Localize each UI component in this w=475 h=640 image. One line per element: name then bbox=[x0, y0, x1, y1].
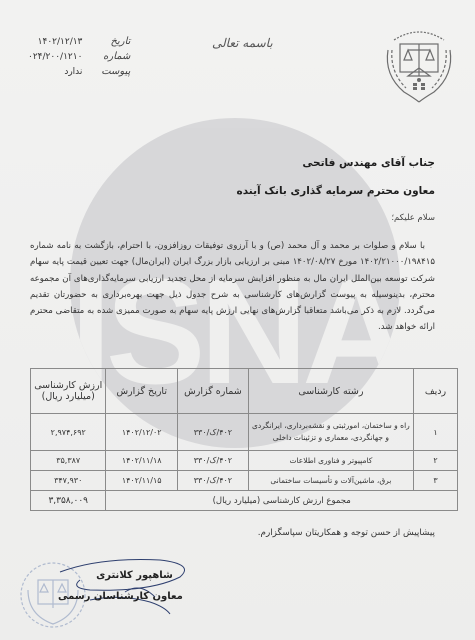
cell-report-date: ۱۴۰۲/۱۱/۱۵ bbox=[106, 471, 178, 491]
header-report-number: شماره گزارش bbox=[177, 369, 248, 414]
total-label: مجموع ارزش کارشناسی (میلیارد ریال) bbox=[106, 491, 458, 511]
cell-value: ۲,۹۷۴,۶۹۲ bbox=[31, 414, 106, 451]
meta-number-value: ۰۲۴/۲۰۰/۱۲۱۰ bbox=[28, 52, 82, 62]
header-index: ردیف bbox=[413, 369, 457, 414]
signer-name: شاهپور کلانتری bbox=[58, 570, 173, 581]
cell-value: ۳۴۷,۹۳۰ bbox=[31, 471, 106, 491]
cell-report-date: ۱۴۰۲/۱۲/۰۲ bbox=[106, 414, 178, 451]
table-row: ۲ کامپیوتر و فناوری اطلاعات ۴۰۲/ک/۳۳۰ ۱۴… bbox=[31, 451, 458, 471]
meta-attachment: پیوست ندارد bbox=[28, 64, 130, 79]
recipient-name: جناب آقای مهندس فاتحی bbox=[302, 157, 435, 169]
letter-page: ISNA باسمه تعالی تاریخ ۱۴۰۲/۱۲/ bbox=[0, 0, 475, 640]
table-total-row: مجموع ارزش کارشناسی (میلیارد ریال) ۳,۳۵۸… bbox=[31, 491, 458, 511]
cell-index: ۳ bbox=[413, 471, 457, 491]
table-row: ۳ برق، ماشین‌آلات و تأسیسات ساختمانی ۴۰۲… bbox=[31, 471, 458, 491]
meta-attachment-value: ندارد bbox=[64, 67, 82, 77]
cell-field: کامپیوتر و فناوری اطلاعات bbox=[248, 451, 413, 471]
cell-field: راه و ساختمان، امورثبتی و نقشه‌برداری، ا… bbox=[248, 414, 413, 451]
total-value: ۳,۳۵۸,۰۰۹ bbox=[31, 491, 106, 511]
cell-index: ۲ bbox=[413, 451, 457, 471]
cell-index: ۱ bbox=[413, 414, 457, 451]
cell-report-number: ۴۰۲/ک/۳۳۰ bbox=[177, 451, 248, 471]
cell-report-date: ۱۴۰۲/۱۱/۱۸ bbox=[106, 451, 178, 471]
closing-line: پیشاپیش از حسن توجه و همکاریتان سپاسگزار… bbox=[258, 528, 435, 538]
table-row: ۱ راه و ساختمان، امورثبتی و نقشه‌برداری،… bbox=[31, 414, 458, 451]
cell-value: ۳۵,۳۸۷ bbox=[31, 451, 106, 471]
meta-number-label: شماره bbox=[92, 51, 130, 62]
meta-date: تاریخ ۱۴۰۲/۱۲/۱۳ bbox=[28, 34, 130, 49]
letter-meta: تاریخ ۱۴۰۲/۱۲/۱۳ شماره ۰۲۴/۲۰۰/۱۲۱۰ پیوس… bbox=[28, 34, 130, 79]
signer-title: معاون کارشناسان رسمی bbox=[58, 591, 183, 602]
basmala: باسمه تعالی bbox=[212, 36, 273, 50]
header-value: ارزش کارشناسی (میلیارد ریال) bbox=[31, 369, 106, 414]
meta-attachment-label: پیوست bbox=[92, 66, 130, 77]
cell-field: برق، ماشین‌آلات و تأسیسات ساختمانی bbox=[248, 471, 413, 491]
recipient-title: معاون محترم سرمایه گذاری بانک آینده bbox=[237, 185, 435, 197]
judicial-emblem-icon bbox=[378, 20, 460, 104]
signature-block: شاهپور کلانتری معاون کارشناسان رسمی bbox=[58, 570, 173, 602]
header-report-date: تاریخ گزارش bbox=[106, 369, 178, 414]
cell-report-number: ۴۰۲/ک/۳۳۰ bbox=[177, 414, 248, 451]
meta-date-label: تاریخ bbox=[92, 36, 130, 47]
body-paragraph: با سلام و صلوات بر محمد و آل محمد (ص) و … bbox=[30, 238, 435, 336]
header-field: رشته کارشناسی bbox=[248, 369, 413, 414]
reports-table: ردیف رشته کارشناسی شماره گزارش تاریخ گزا… bbox=[30, 368, 458, 511]
cell-report-number: ۴۰۲/ک/۳۳۰ bbox=[177, 471, 248, 491]
meta-date-value: ۱۴۰۲/۱۲/۱۳ bbox=[38, 37, 83, 47]
greeting: سلام علیکم؛ bbox=[391, 213, 435, 223]
table-header-row: ردیف رشته کارشناسی شماره گزارش تاریخ گزا… bbox=[31, 369, 458, 414]
letter-body: با سلام و صلوات بر محمد و آل محمد (ص) و … bbox=[30, 238, 435, 336]
meta-number: شماره ۰۲۴/۲۰۰/۱۲۱۰ bbox=[28, 49, 130, 64]
